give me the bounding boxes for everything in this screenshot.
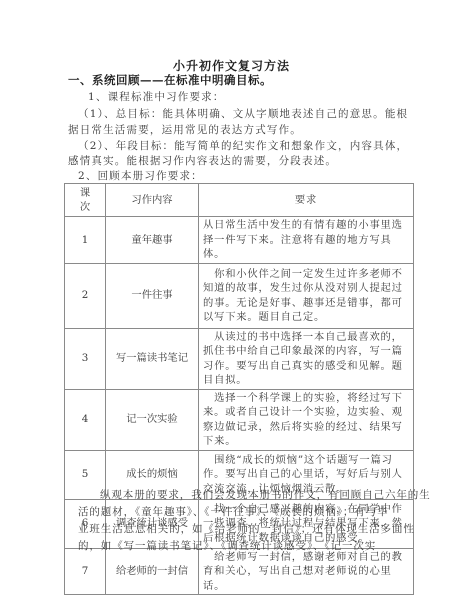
item1-heading: 1、课程标准中习作要求： xyxy=(88,89,225,104)
summary-line: 纵观本册的要求，我们会发现本册书的作文，有回顾自己六年的生 xyxy=(78,487,398,504)
row-no: 3 xyxy=(65,328,106,389)
header-lesson-no: 课 次 xyxy=(65,184,106,217)
row-no: 1 xyxy=(65,217,106,264)
document-page: 小升初作文复习方法 一、系统回顾——在标准中明确目标。 1、课程标准中习作要求：… xyxy=(0,0,463,600)
stage-goal-line1: （2）、年段目标：能写简单的纪实作文和想象作文，内容具体， xyxy=(78,138,408,153)
row-requirement: 从日常生活中发生的有情有趣的小事里选择一件写下来。注意将有趣的地方写具体。 xyxy=(199,217,414,264)
header-requirement: 要求 xyxy=(199,184,414,217)
table-row: 4 记一次实验 选择一个科学课上的实验，将经过写下来。或者自己设计一个实验，边实… xyxy=(65,389,414,450)
summary-line: 活的题材，《童年趣事》、《一件往事》、《成长的烦恼》；有与毕 xyxy=(78,504,398,521)
overall-goal-line1: （1）、总目标：能具体明确、文从字顺地表述自己的意思。能根 xyxy=(78,106,408,121)
header-lesson-no-line1: 课 xyxy=(80,187,90,199)
stage-goal-line2: 感情真实。能根据习作内容表达的需要，分段表述。 xyxy=(68,153,337,168)
item2-heading: 2、回顾本册习作要求： xyxy=(78,168,203,183)
table-row: 2 一件往事 你和小伙伴之间一定发生过许多老师不知道的故事，发生过你从没对别人提… xyxy=(65,263,414,328)
row-topic: 一件往事 xyxy=(106,263,199,328)
row-requirement: 从读过的书中选择一本自己最喜欢的，抓住书中给自己印象最深的内容，写一篇习作。要写… xyxy=(199,328,414,389)
overall-goal-line2: 据日常生活需要，运用常见的表达方式写作。 xyxy=(68,122,302,137)
summary-paragraph: 纵观本册的要求，我们会发现本册书的作文，有回顾自己六年的生 活的题材，《童年趣事… xyxy=(78,487,398,555)
row-requirement: 你和小伙伴之间一定发生过许多老师不知道的故事，发生过你从没对别人提起过的事。无论… xyxy=(199,263,414,328)
header-lesson-no-line2: 次 xyxy=(80,201,90,213)
row-topic: 记一次实验 xyxy=(106,389,199,450)
row-requirement: 选择一个科学课上的实验，将经过写下来。或者自己设计一个实验，边实验、观察边做记录… xyxy=(199,389,414,450)
header-topic: 习作内容 xyxy=(106,184,199,217)
row-topic: 童年趣事 xyxy=(106,217,199,264)
table-row: 3 写一篇读书笔记 从读过的书中选择一本自己最喜欢的，抓住书中给自己印象最深的内… xyxy=(65,328,414,389)
summary-line: 业班生活息息相关的，如《给老师的一封信》；还有体现生活多面性 xyxy=(78,521,398,538)
table-row: 1 童年趣事 从日常生活中发生的有情有趣的小事里选择一件写下来。注意将有趣的地方… xyxy=(65,217,414,264)
summary-line: 的，如《写一篇读书笔记》、《调查统计谈感受》、《记一次实 xyxy=(78,538,398,555)
table-header-row: 课 次 习作内容 要求 xyxy=(65,184,414,217)
row-no: 4 xyxy=(65,389,106,450)
row-topic: 写一篇读书笔记 xyxy=(106,328,199,389)
row-no: 2 xyxy=(65,263,106,328)
section-heading: 一、系统回顾——在标准中明确目标。 xyxy=(68,72,272,88)
